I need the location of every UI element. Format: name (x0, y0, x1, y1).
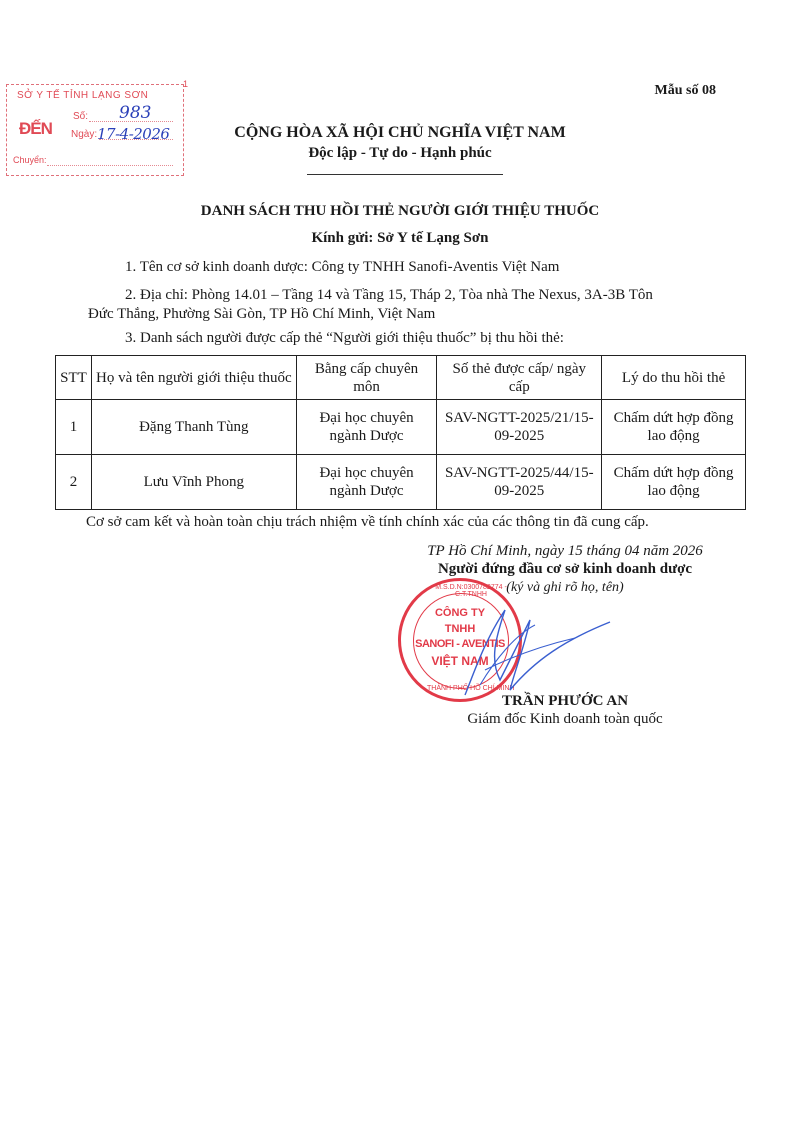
cell-card-number: SAV-NGTT-2025/21/15-09-2025 (437, 400, 602, 455)
header-stt: STT (56, 356, 92, 400)
cell-name: Lưu Vĩnh Phong (91, 455, 296, 510)
cell-reason: Chấm dứt hợp đồng lao động (602, 400, 746, 455)
header-divider (307, 174, 503, 175)
table-row: 2 Lưu Vĩnh Phong Đại học chuyên ngành Dư… (56, 455, 746, 510)
stamp-word: ĐẾN (19, 119, 52, 139)
signer-position: Giám đốc Kinh doanh toàn quốc (400, 711, 730, 728)
revoked-cards-table: STT Họ và tên người giới thiệu thuốc Bằn… (55, 355, 746, 510)
header-reason: Lý do thu hồi thẻ (602, 356, 746, 400)
stamp-number-value: 983 (119, 103, 151, 123)
signer-role: Người đứng đầu cơ sở kinh doanh dược (400, 561, 730, 578)
stamp-number-label: Số: (73, 111, 88, 122)
place-date: TP Hồ Chí Minh, ngày 15 tháng 04 năm 202… (400, 543, 730, 560)
stamp-corner-mark: 1 (183, 79, 188, 89)
business-address: 2. Địa chỉ: Phòng 14.01 – Tầng 14 và Tần… (125, 286, 745, 324)
form-number: Mẫu số 08 (655, 83, 716, 99)
seal-ring-top-text: M.S.D.N:0300782774 - C.T.TNHH (423, 584, 519, 598)
stamp-forward-label: Chuyển: (13, 155, 47, 165)
cell-card-number: SAV-NGTT-2025/44/15-09-2025 (437, 455, 602, 510)
cell-stt: 2 (56, 455, 92, 510)
document-title: DANH SÁCH THU HỒI THẺ NGƯỜI GIỚI THIỆU T… (80, 203, 720, 220)
table-header-row: STT Họ và tên người giới thiệu thuốc Bằn… (56, 356, 746, 400)
header-card-number: Số thẻ được cấp/ ngày cấp (437, 356, 602, 400)
header-qualification: Bằng cấp chuyên môn (296, 356, 437, 400)
signature-icon (455, 600, 625, 700)
cell-stt: 1 (56, 400, 92, 455)
addressee: Kính gửi: Sở Y tế Lạng Sơn (80, 230, 720, 247)
stamp-organization: SỞ Y TẾ TỈNH LẠNG SƠN (17, 90, 148, 101)
stamp-forward-line (47, 165, 173, 166)
signer-name: TRẦN PHƯỚC AN (400, 693, 730, 710)
header-name: Họ và tên người giới thiệu thuốc (91, 356, 296, 400)
business-name: 1. Tên cơ sở kinh doanh dược: Công ty TN… (125, 258, 745, 277)
commitment-statement: Cơ sở cam kết và hoàn toàn chịu trách nh… (86, 514, 746, 531)
cell-qualification: Đại học chuyên ngành Dược (296, 455, 437, 510)
address-line-2: Đức Thắng, Phường Sài Gòn, TP Hồ Chí Min… (88, 305, 745, 324)
address-line-1: 2. Địa chỉ: Phòng 14.01 – Tầng 14 và Tần… (125, 287, 653, 303)
cell-reason: Chấm dứt hợp đồng lao động (602, 455, 746, 510)
national-motto: Độc lập - Tự do - Hạnh phúc (80, 145, 720, 162)
table-row: 1 Đặng Thanh Tùng Đại học chuyên ngành D… (56, 400, 746, 455)
national-title: CỘNG HÒA XÃ HỘI CHỦ NGHĨA VIỆT NAM (80, 124, 720, 142)
cell-name: Đặng Thanh Tùng (91, 400, 296, 455)
list-intro: 3. Danh sách người được cấp thẻ “Người g… (125, 329, 745, 348)
cell-qualification: Đại học chuyên ngành Dược (296, 400, 437, 455)
